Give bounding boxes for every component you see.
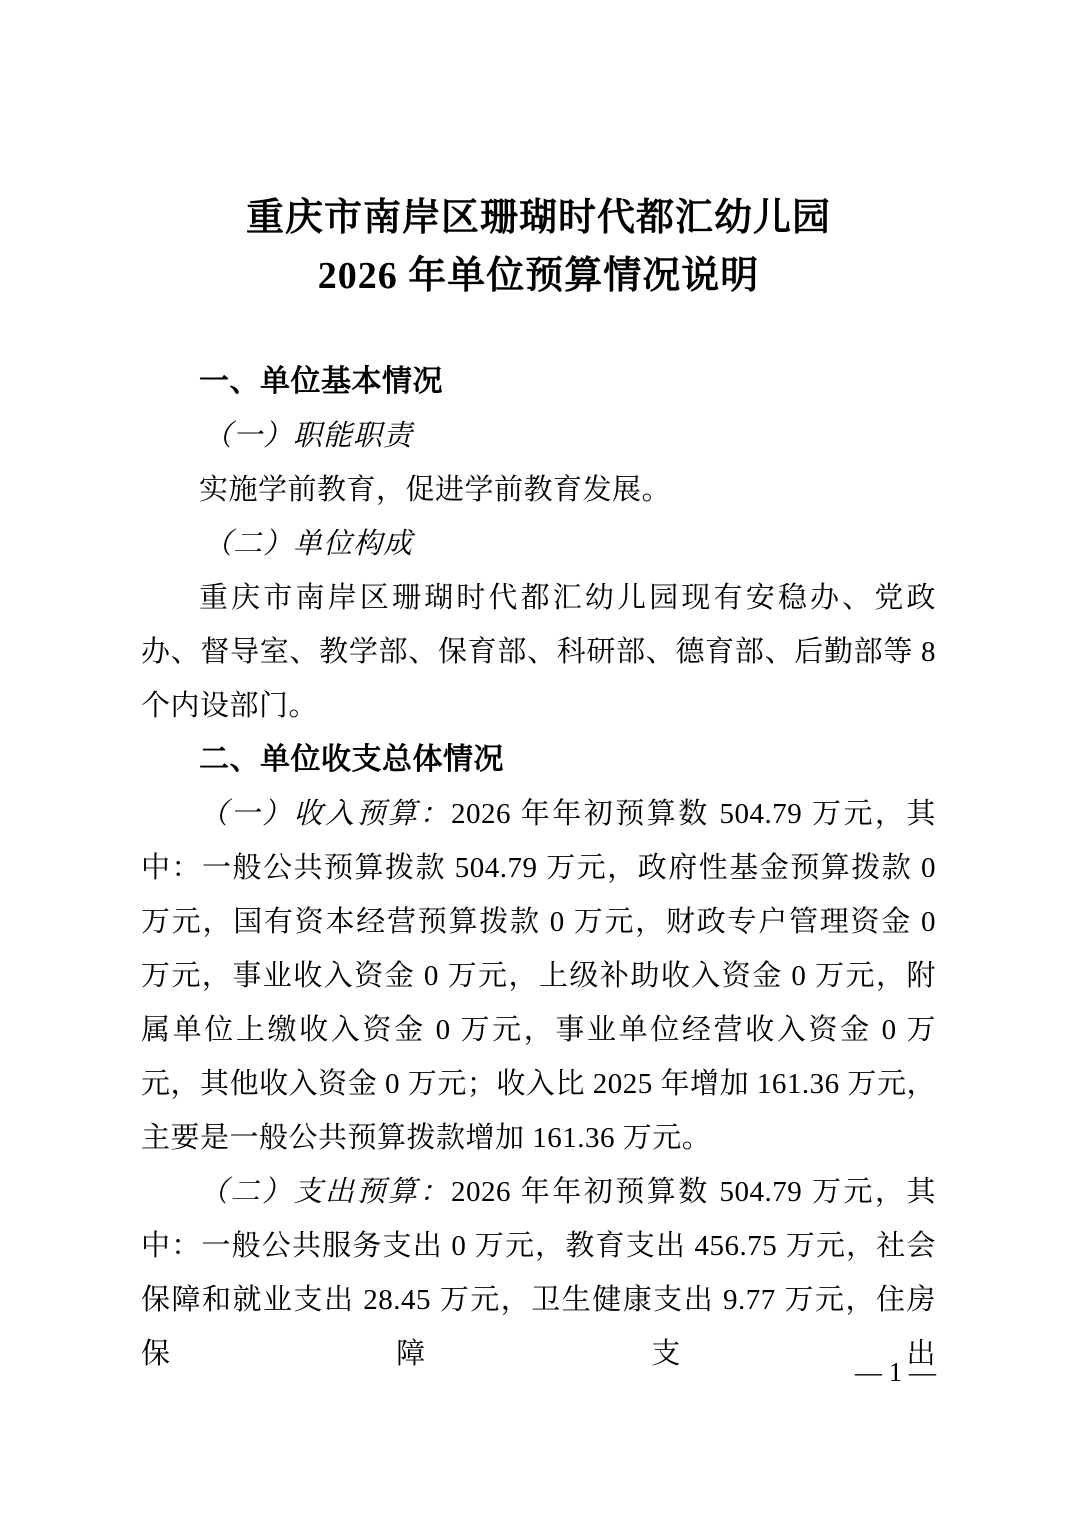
paragraph-expense-budget: （二）支出预算：2026 年年初预算数 504.79 万元，其中：一般公共服务支…: [141, 1165, 936, 1381]
section-heading-basic-info: 一、单位基本情况: [141, 355, 936, 409]
page-number: — 1 —: [855, 1345, 936, 1399]
subsection-heading-duties: （一）职能职责: [141, 409, 936, 463]
document-content: 重庆市南岸区珊瑚时代都汇幼儿园 2026 年单位预算情况说明 一、单位基本情况 …: [141, 0, 936, 1381]
document-title-line1: 重庆市南岸区珊瑚时代都汇幼儿园: [141, 189, 936, 247]
income-budget-text: 2026 年年初预算数 504.79 万元，其中：一般公共预算拨款 504.79…: [141, 798, 936, 1154]
subsection-heading-composition: （二）单位构成: [141, 517, 936, 571]
paragraph-income-budget: （一）收入预算：2026 年年初预算数 504.79 万元，其中：一般公共预算拨…: [141, 787, 936, 1165]
document-title: 重庆市南岸区珊瑚时代都汇幼儿园 2026 年单位预算情况说明: [141, 0, 936, 305]
document-title-line2: 2026 年单位预算情况说明: [141, 247, 936, 305]
document-page: 重庆市南岸区珊瑚时代都汇幼儿园 2026 年单位预算情况说明 一、单位基本情况 …: [0, 0, 1074, 1520]
paragraph-duties: 实施学前教育，促进学前教育发展。: [141, 463, 936, 517]
expense-budget-lead: （二）支出预算：: [199, 1176, 451, 1208]
income-budget-lead: （一）收入预算：: [199, 798, 451, 830]
document-body: 一、单位基本情况 （一）职能职责 实施学前教育，促进学前教育发展。 （二）单位构…: [141, 355, 936, 1381]
paragraph-composition: 重庆市南岸区珊瑚时代都汇幼儿园现有安稳办、党政办、督导室、教学部、保育部、科研部…: [141, 571, 936, 733]
section-heading-budget-overview: 二、单位收支总体情况: [141, 733, 936, 787]
